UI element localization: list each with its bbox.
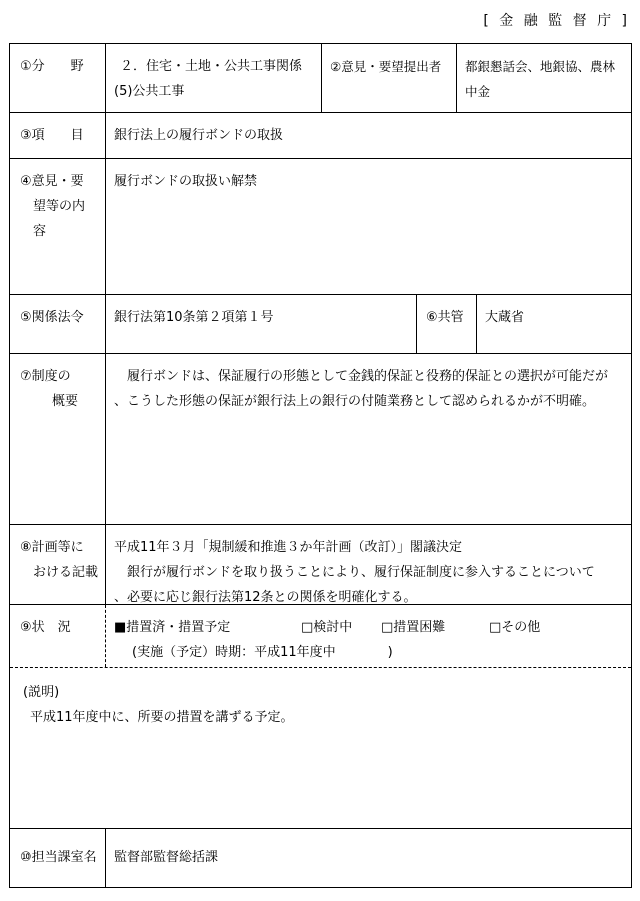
checkbox-empty-icon: □	[301, 620, 313, 635]
field-value-line2: (5)公共工事	[114, 79, 313, 104]
request-label-line1: ④意見・要	[20, 169, 97, 194]
field-value: ２．住宅・土地・公共工事関係 (5)公共工事	[105, 44, 321, 112]
plan-label: ⑧計画等に おける記載	[10, 525, 105, 604]
division-label: ⑩担当課室名	[10, 829, 105, 887]
row-field: ①分 野 ２．住宅・土地・公共工事関係 (5)公共工事 ②意見・要望提出者 都銀…	[10, 44, 631, 113]
row-division: ⑩担当課室名 監督部監督総括課	[10, 829, 631, 887]
row-explanation: (説明) 平成11年度中に、所要の措置を講ずる予定。	[10, 668, 631, 829]
request-label: ④意見・要 望等の内 容	[10, 159, 105, 294]
status-option-difficult: □措置困難	[381, 615, 489, 640]
overview-text-line2: 、こうした形態の保証が銀行法上の銀行の付随業務として認められるかが不明確。	[114, 389, 623, 414]
submitter-label: ②意見・要望提出者	[321, 44, 456, 112]
status-option-implemented-label: 措置済・措置予定	[126, 620, 230, 635]
item-value: 銀行法上の履行ボンドの取扱	[105, 113, 631, 158]
submitter-value: 都銀懇話会、地銀協、農林中金	[456, 44, 631, 112]
plan-text-line2: 銀行が履行ボンドを取り扱うことにより、履行保証制度に参入することについて	[114, 560, 623, 585]
request-label-line2: 望等の内	[20, 194, 97, 219]
row-laws: ⑤関係法令 銀行法第10条第２項第１号 ⑥共管 大蔵省	[10, 295, 631, 354]
explanation-title: (説明)	[23, 680, 623, 705]
status-option-implemented: ■措置済・措置予定	[114, 615, 301, 640]
overview-label-line1: ⑦制度の	[20, 364, 97, 389]
overview-text-line1: 履行ボンドは、保証履行の形態として金銭的保証と役務的保証との選択が可能だが	[114, 364, 623, 389]
row-status: ⑨状 況 ■措置済・措置予定 □検討中 □措置困難 □その他 (実施（予定）時期…	[10, 605, 631, 668]
row-overview: ⑦制度の 概要 履行ボンドは、保証履行の形態として金銭的保証と役務的保証との選択…	[10, 354, 631, 525]
overview-text: 履行ボンドは、保証履行の形態として金銭的保証と役務的保証との選択が可能だが 、こ…	[105, 354, 631, 524]
status-option-other-label: その他	[501, 620, 540, 635]
explanation-cell: (説明) 平成11年度中に、所要の措置を講ずる予定。	[10, 668, 631, 828]
overview-label-line2: 概要	[20, 389, 97, 414]
status-options: ■措置済・措置予定 □検討中 □措置困難 □その他	[114, 615, 623, 640]
row-item: ③項 目 銀行法上の履行ボンドの取扱	[10, 113, 631, 159]
document-page: [ 金 融 監 督 庁 ] ①分 野 ２．住宅・土地・公共工事関係 (5)公共工…	[0, 0, 640, 901]
division-value: 監督部監督総括課	[105, 829, 631, 887]
form-table: ①分 野 ２．住宅・土地・公共工事関係 (5)公共工事 ②意見・要望提出者 都銀…	[9, 43, 632, 888]
comanage-value: 大蔵省	[476, 295, 631, 353]
plan-label-line1: ⑧計画等に	[20, 535, 97, 560]
status-option-other: □その他	[489, 615, 540, 640]
request-label-line3: 容	[20, 219, 97, 244]
overview-label: ⑦制度の 概要	[10, 354, 105, 524]
plan-text: 平成11年３月「規制緩和推進３か年計画（改訂）」閣議決定 銀行が履行ボンドを取り…	[105, 525, 631, 604]
row-request: ④意見・要 望等の内 容 履行ボンドの取扱い解禁	[10, 159, 631, 295]
status-label: ⑨状 況	[10, 605, 105, 667]
plan-label-line2: おける記載	[20, 560, 97, 585]
status-timing: (実施（予定）時期：平成11年度中 )	[114, 640, 623, 665]
agency-header: [ 金 融 監 督 庁 ]	[483, 10, 630, 30]
status-option-under-review-label: 検討中	[313, 620, 352, 635]
checkbox-empty-icon: □	[381, 620, 393, 635]
checkbox-checked-icon: ■	[114, 620, 126, 635]
plan-text-line1: 平成11年３月「規制緩和推進３か年計画（改訂）」閣議決定	[114, 535, 623, 560]
status-option-difficult-label: 措置困難	[393, 620, 445, 635]
status-option-under-review: □検討中	[301, 615, 381, 640]
comanage-label: ⑥共管	[416, 295, 476, 353]
checkbox-empty-icon: □	[489, 620, 501, 635]
field-value-line1: ２．住宅・土地・公共工事関係	[114, 54, 313, 79]
laws-label: ⑤関係法令	[10, 295, 105, 353]
laws-value: 銀行法第10条第２項第１号	[105, 295, 416, 353]
plan-text-line3: 、必要に応じ銀行法第12条との関係を明確化する。	[114, 585, 623, 604]
row-plan: ⑧計画等に おける記載 平成11年３月「規制緩和推進３か年計画（改訂）」閣議決定…	[10, 525, 631, 605]
item-label: ③項 目	[10, 113, 105, 158]
field-label: ①分 野	[10, 44, 105, 112]
request-value: 履行ボンドの取扱い解禁	[105, 159, 631, 294]
status-content: ■措置済・措置予定 □検討中 □措置困難 □その他 (実施（予定）時期：平成11…	[105, 605, 631, 667]
explanation-text: 平成11年度中に、所要の措置を講ずる予定。	[23, 705, 623, 730]
